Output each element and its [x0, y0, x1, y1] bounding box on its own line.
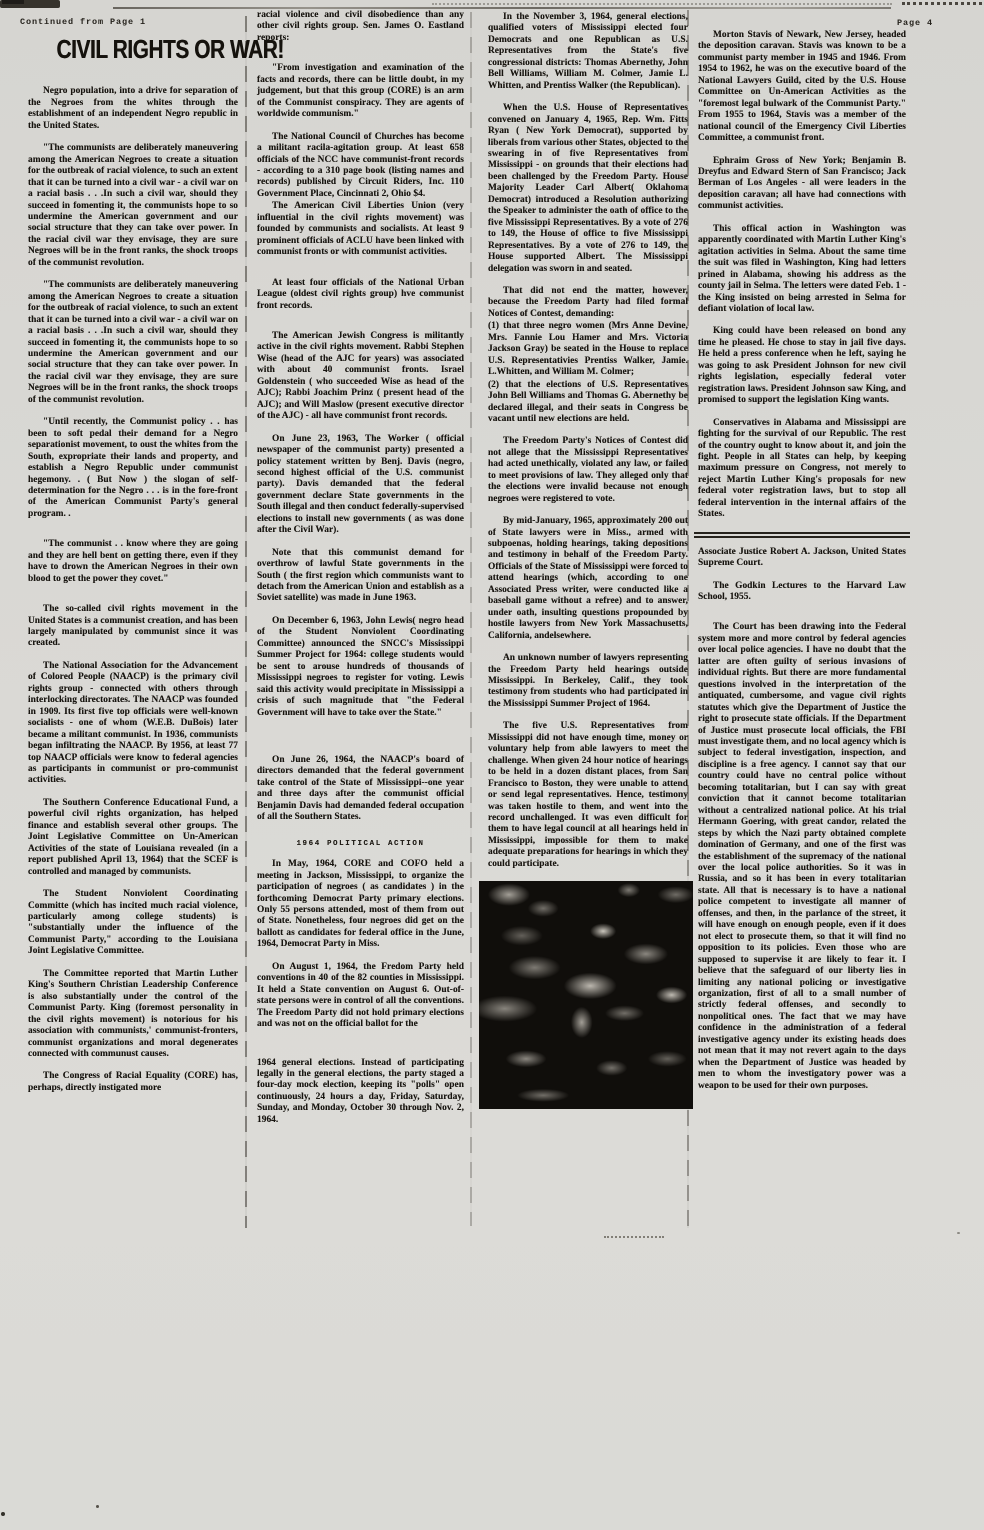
attribution-line: The Godkin Lectures to the Harvard Law S… [698, 581, 906, 604]
article-paragraph: When the U.S. House of Representatives c… [488, 103, 688, 275]
article-paragraph: The Committee reported that Martin Luthe… [28, 969, 238, 1061]
article-paragraph: Morton Stavis of Newark, New Jersey, hea… [698, 30, 906, 145]
column-3: In the November 3, 1964, general electio… [488, 12, 688, 1109]
article-paragraph: Ephraim Gross of New York; Benjamin B. D… [698, 156, 906, 213]
newspaper-page: Continued from Page 1 Page 4 CIVIL RIGHT… [0, 0, 984, 1530]
article-paragraph: (1) that three negro women (Mrs Anne Dev… [488, 321, 688, 378]
scan-artifact [2, 0, 24, 4]
article-paragraph: The Southern Conference Educational Fund… [28, 798, 238, 878]
article-paragraph: King could have been released on bond an… [698, 326, 906, 406]
scan-artifact [902, 2, 982, 5]
column-4: Morton Stavis of Newark, New Jersey, hea… [698, 30, 906, 1103]
article-paragraph: On June 26, 1964, the NAACP's board of d… [257, 755, 464, 824]
article-paragraph: "The communists are deliberately maneuve… [28, 280, 238, 406]
article-paragraph: "From investigation and examination of t… [257, 63, 464, 120]
attribution-line: Associate Justice Robert A. Jackson, Uni… [698, 547, 906, 570]
article-paragraph: The Student Nonviolent Coordinating Comm… [28, 889, 238, 958]
article-paragraph: (2) that the elections of U.S. Represent… [488, 380, 688, 426]
article-paragraph: The Congress of Racial Equality (CORE) h… [28, 1071, 238, 1094]
column-divider [245, 16, 247, 1228]
article-paragraph: On August 1, 1964, the Fredom Party held… [257, 962, 464, 1031]
article-headline: CIVIL RIGHTS OR WAR! [56, 44, 283, 55]
article-paragraph: Note that this communist demand for over… [257, 548, 464, 605]
article-headline-wrap: CIVIL RIGHTS OR WAR! [28, 44, 238, 62]
scan-artifact [432, 3, 892, 5]
article-paragraph: "The communist . . know where they are g… [28, 539, 238, 585]
article-paragraph: The so-called civil rights movement in t… [28, 604, 238, 650]
article-paragraph: An unknown number of lawyers representin… [488, 653, 688, 710]
column-divider [470, 12, 472, 1226]
article-paragraph: The National Council of Churches has bec… [257, 132, 464, 201]
article-paragraph: In May, 1964, CORE and COFO held a meeti… [257, 859, 464, 951]
scan-artifact [1, 1512, 5, 1516]
scan-artifact [957, 1232, 960, 1234]
article-paragraph: Conservatives in Alabama and Mississippi… [698, 418, 906, 521]
article-paragraph: At least four officials of the National … [257, 278, 464, 312]
section-divider [694, 532, 910, 538]
article-paragraph: That did not end the matter, however, be… [488, 286, 688, 320]
article-paragraph: racial violence and civil disobedience t… [257, 10, 464, 44]
article-paragraph: The Freedom Party's Notices of Contest d… [488, 436, 688, 505]
article-paragraph: The Court has been drawing into the Fede… [698, 622, 906, 1092]
page-number-label: Page 4 [897, 18, 933, 28]
article-paragraph: On December 6, 1963, John Lewis( negro h… [257, 616, 464, 719]
article-paragraph: The five U.S. Representatives from Missi… [488, 721, 688, 870]
column-2: racial violence and civil disobedience t… [257, 10, 464, 1137]
section-subhead: 1964 POLITICAL ACTION [257, 839, 464, 850]
continued-from-label: Continued from Page 1 [20, 17, 146, 27]
scan-artifact [604, 1236, 664, 1238]
article-paragraph: In the November 3, 1964, general electio… [488, 12, 688, 92]
column-1: CIVIL RIGHTS OR WAR! Negro population, i… [28, 42, 238, 1105]
scan-artifact [96, 1505, 99, 1508]
article-paragraph: Negro population, into a drive for separ… [28, 86, 238, 132]
article-paragraph: "Until recently, the Communist policy . … [28, 417, 238, 520]
article-paragraph: By mid-January, 1965, approximately 200 … [488, 516, 688, 642]
article-paragraph: The American Civil Liberties Union (very… [257, 201, 464, 258]
article-paragraph: "The communists are deliberately maneuve… [28, 143, 238, 269]
article-paragraph: The National Association for the Advance… [28, 661, 238, 787]
article-paragraph: The American Jewish Congress is militant… [257, 331, 464, 423]
article-paragraph: On June 23, 1963, The Worker ( official … [257, 434, 464, 537]
scan-artifact [113, 7, 891, 9]
article-paragraph: 1964 general elections. Instead of parti… [257, 1058, 464, 1127]
article-paragraph: This offical action in Washington was ap… [698, 224, 906, 316]
crowd-photo [479, 881, 693, 1109]
